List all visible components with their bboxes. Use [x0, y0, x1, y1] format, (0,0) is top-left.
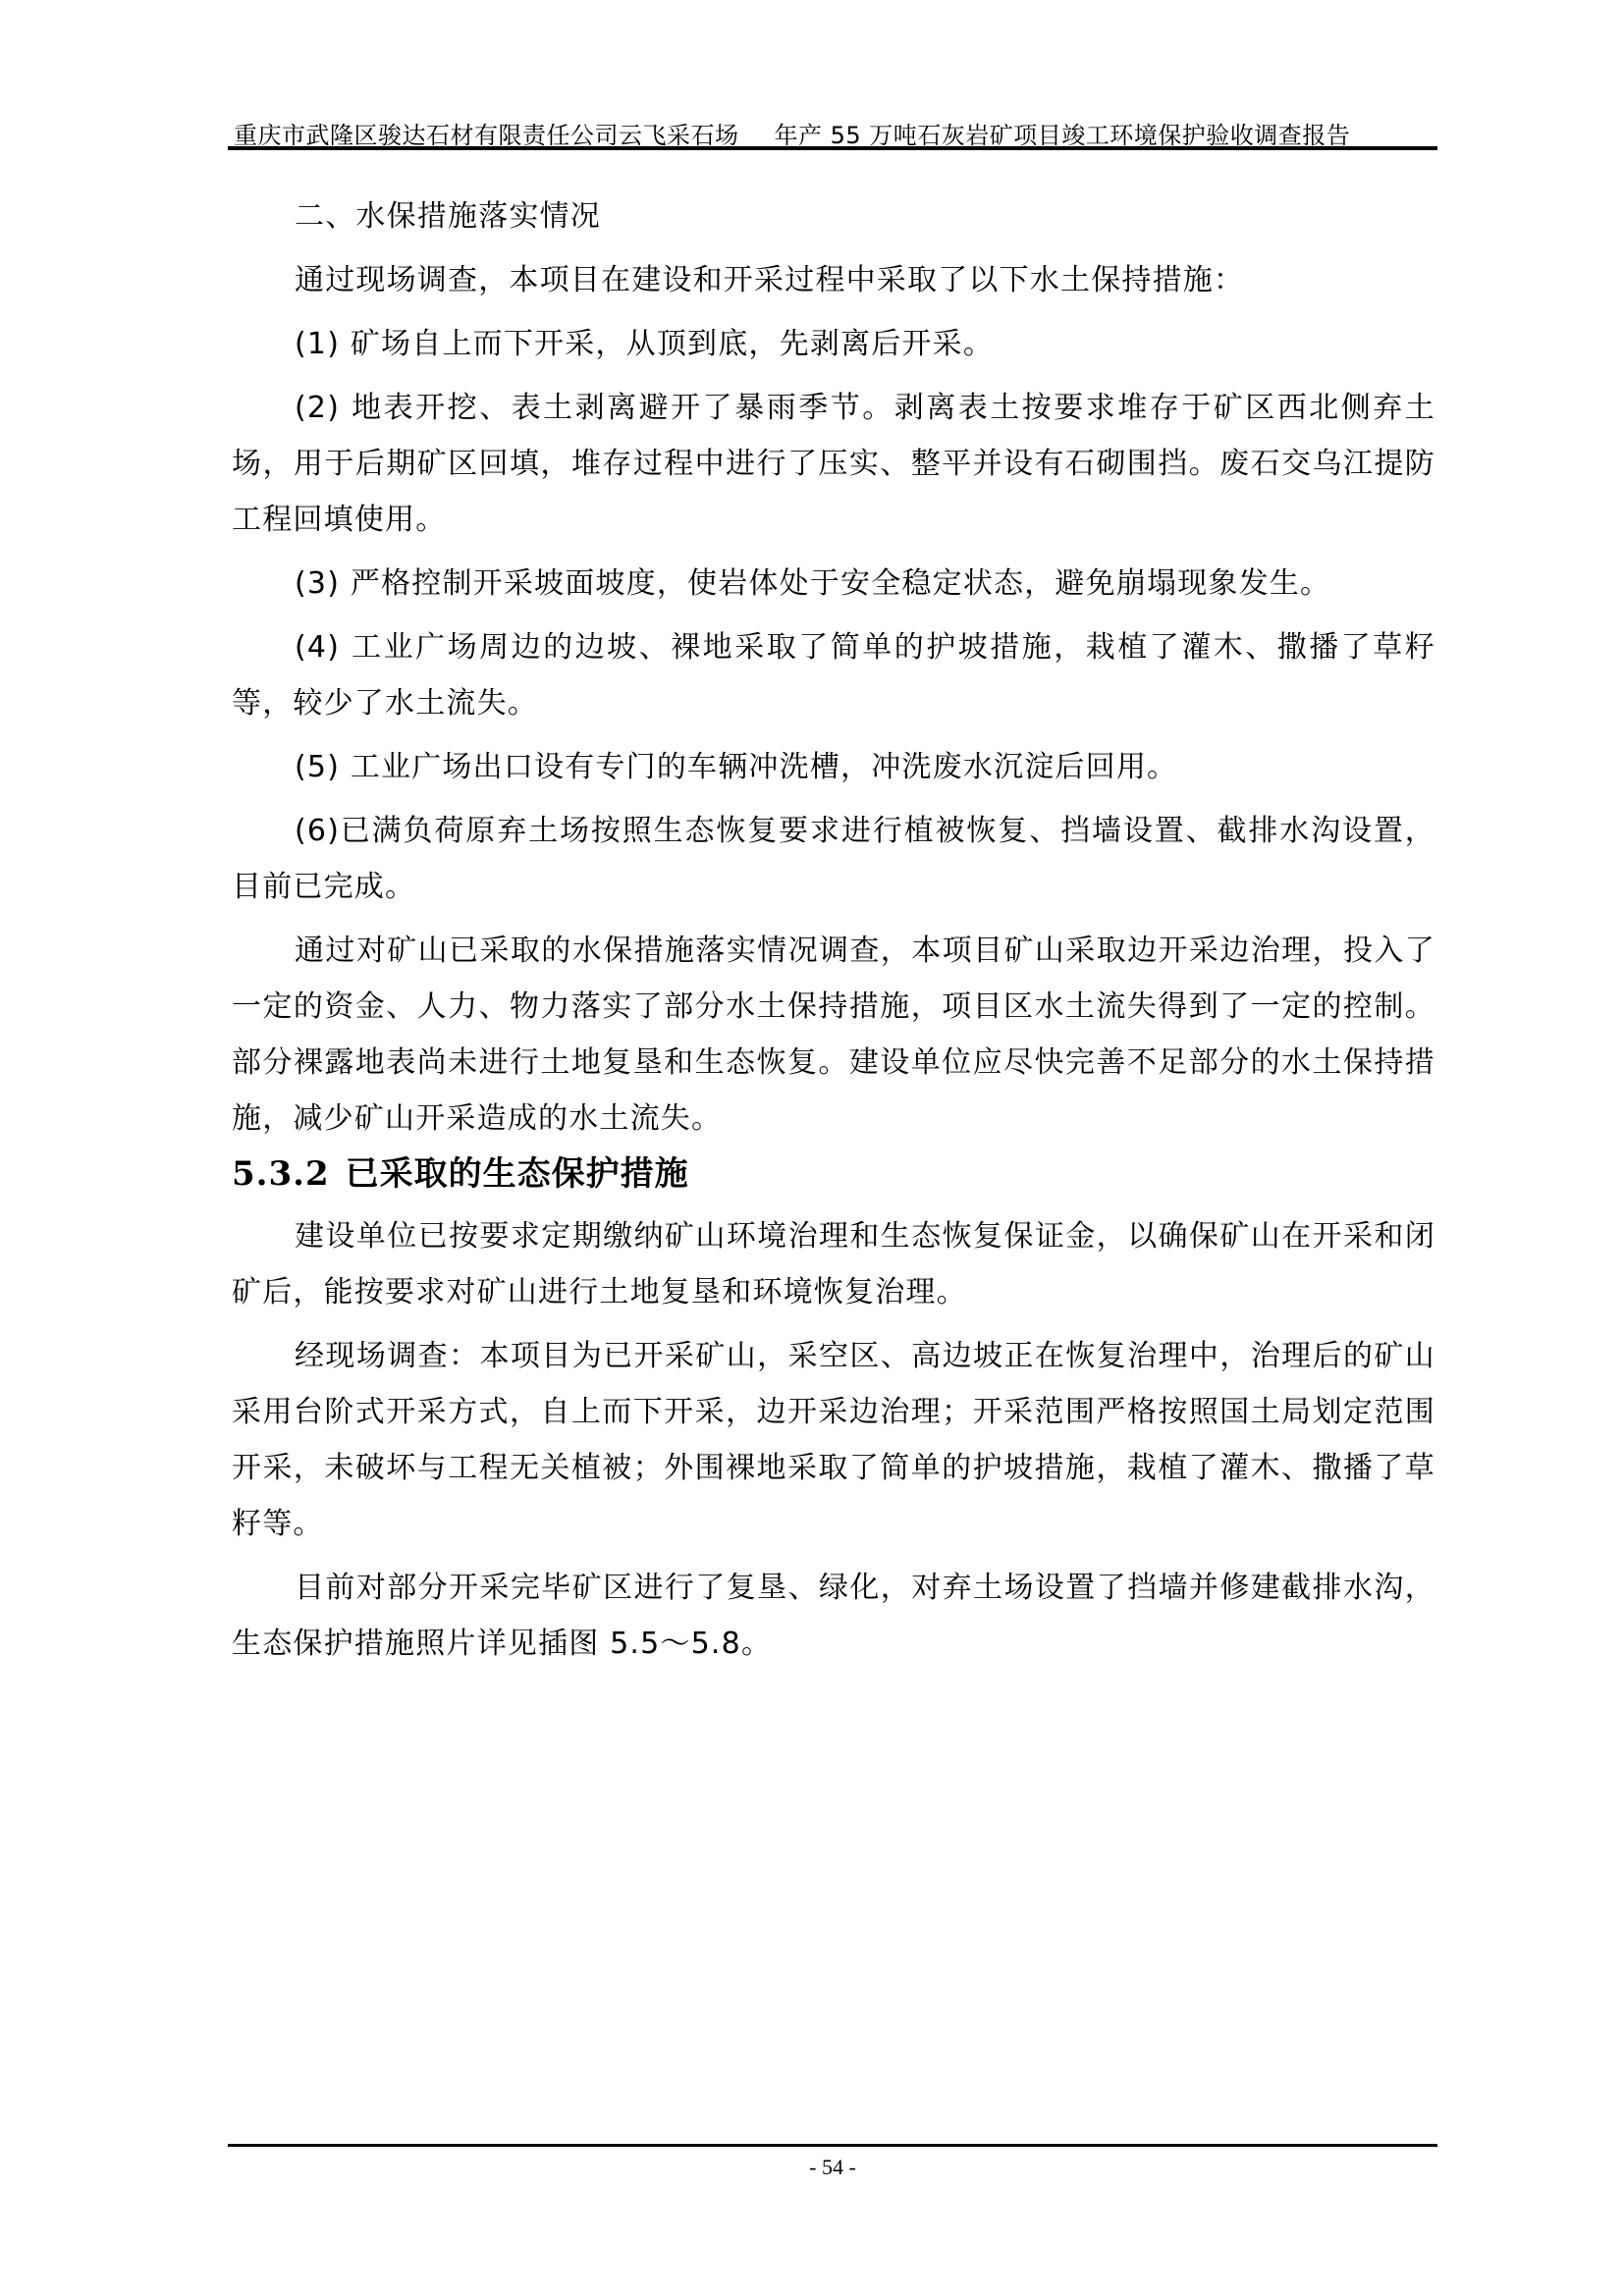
- section-paragraph-1: 建设单位已按要求定期缴纳矿山环境治理和生态恢复保证金，以确保矿山在开采和闭矿后，…: [232, 1208, 1435, 1320]
- section-heading: 5.3.2已采取的生态保护措施: [232, 1147, 1435, 1202]
- header-company: 重庆市武隆区骏达石材有限责任公司云飞采石场: [234, 122, 739, 149]
- section-paragraph-3: 目前对部分开采完毕矿区进行了复垦、绿化，对弃土场设置了挡墙并修建截排水沟，生态保…: [232, 1560, 1435, 1672]
- measure-item-5: (5) 工业广场出口设有专门的车辆冲洗槽，冲洗废水沉淀后回用。: [232, 739, 1435, 795]
- subheading: 二、水保措施落实情况: [232, 188, 1435, 244]
- page-header: 重庆市武隆区骏达石材有限责任公司云飞采石场年产 55 万吨石灰岩矿项目竣工环境保…: [228, 108, 1437, 151]
- measure-item-2: (2) 地表开挖、表土剥离避开了暴雨季节。剥离表土按要求堆存于矿区西北侧弃土场，…: [232, 380, 1435, 548]
- intro-paragraph: 通过现场调查，本项目在建设和开采过程中采取了以下水土保持措施：: [232, 252, 1435, 308]
- summary-paragraph: 通过对矿山已采取的水保措施落实情况调查，本项目矿山采取边开采边治理，投入了一定的…: [232, 923, 1435, 1147]
- section-title: 已采取的生态保护措施: [346, 1154, 689, 1194]
- footer-rule: [228, 2144, 1437, 2147]
- measure-item-6: (6)已满负荷原弃土场按照生态恢复要求进行植被恢复、挡墙设置、截排水沟设置，目前…: [232, 803, 1435, 915]
- header-report-title: 年产 55 万吨石灰岩矿项目竣工环境保护验收调查报告: [775, 122, 1351, 149]
- page-number: - 54 -: [228, 2155, 1437, 2180]
- page-footer: - 54 -: [228, 2144, 1437, 2180]
- header-text: 重庆市武隆区骏达石材有限责任公司云飞采石场年产 55 万吨石灰岩矿项目竣工环境保…: [234, 116, 1350, 150]
- section-paragraph-2: 经现场调查：本项目为已开采矿山，采空区、高边坡正在恢复治理中，治理后的矿山采用台…: [232, 1328, 1435, 1552]
- measure-item-3: (3) 严格控制开采坡面坡度，使岩体处于安全稳定状态，避免崩塌现象发生。: [232, 556, 1435, 612]
- page-content: 二、水保措施落实情况 通过现场调查，本项目在建设和开采过程中采取了以下水土保持措…: [232, 188, 1435, 1672]
- measure-item-4: (4) 工业广场周边的边坡、裸地采取了简单的护坡措施，栽植了灌木、撒播了草籽等，…: [232, 619, 1435, 731]
- header-rule: [228, 146, 1437, 150]
- measure-item-1: (1) 矿场自上而下开采，从顶到底，先剥离后开采。: [232, 316, 1435, 372]
- section-number: 5.3.2: [232, 1154, 330, 1194]
